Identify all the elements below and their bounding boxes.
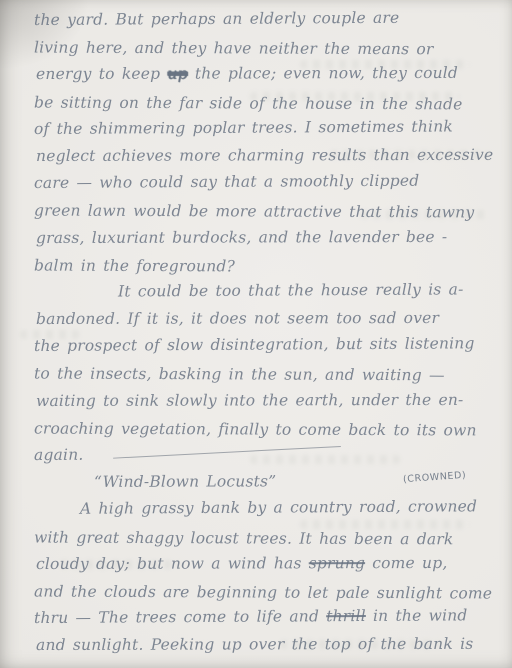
manuscript-line: of the shimmering poplar trees. I someti… [34,113,494,143]
handwritten-text: It could be too that the house really is… [118,280,464,300]
handwritten-text: and the clouds are beginning to let pale… [34,582,492,602]
manuscript-line: cloudy day; but now a wind has sprung co… [36,550,496,578]
handwritten-text: be sitting on the far side of the house … [34,93,463,113]
manuscript-line: with great shaggy locust trees. It has b… [34,524,494,553]
manuscript-page: the yard. But perhaps an elderly couple … [0,0,512,668]
manuscript-line: thru — The trees come to life and thrill… [34,602,494,632]
handwritten-text: and sunlight. Peeking up over the top of… [36,635,473,654]
handwritten-text: green lawn would be more attractive that… [34,202,474,222]
manuscript-line: the prospect of slow disintegration, but… [34,330,494,360]
handwritten-text: bandoned. If it is, it does not seem too… [36,309,439,328]
handwritten-text: neglect achieves more charming results t… [36,146,493,165]
manuscript-line: waiting to sink slowly into the earth, u… [36,386,496,414]
handwritten-text: croaching vegetation, finally to come ba… [34,419,477,439]
section-title: “Wind-Blown Locusts” [94,473,276,491]
struck-out-word: thrill [326,607,366,625]
handwritten-text: the prospect of slow disintegration, but… [34,335,475,356]
handwritten-text: cloudy day; but now a wind has [36,554,309,573]
manuscript-line: green lawn would be more attractive that… [34,198,494,227]
handwritten-text: come up, [365,554,447,572]
manuscript-line: neglect achieves more charming results t… [36,142,496,170]
handwritten-text: care — who could say that a smoothly cli… [34,172,419,192]
manuscript-line: A high grassy bank by a country road, cr… [34,494,494,524]
manuscript-line: to the insects, basking in the sun, and … [34,361,494,390]
handwritten-text: A high grassy bank by a country road, cr… [80,498,477,518]
manuscript-line: again. [34,439,494,469]
manuscript-line: and sunlight. Peeking up over the top of… [36,631,496,659]
manuscript-line: care — who could say that a smoothly cli… [34,167,494,197]
handwritten-text: of the shimmering poplar trees. I someti… [34,117,453,138]
handwritten-text: the place; even now, they could [188,64,458,83]
struck-out-word: up [167,65,187,83]
handwritten-text: with great shaggy locust trees. It has b… [34,528,454,548]
manuscript-line: It could be too that the house really is… [34,276,494,306]
handwritten-text: grass, luxuriant burdocks, and the laven… [36,227,447,246]
handwritten-text: in the wind [366,606,468,625]
handwritten-text: waiting to sink slowly into the earth, u… [36,391,464,410]
handwritten-text-block: the yard. But perhaps an elderly couple … [34,7,494,660]
struck-out-word: sprung [309,554,365,572]
handwritten-text: energy to keep [36,65,167,83]
handwritten-text: to the insects, basking in the sun, and … [34,365,445,385]
section-divider-line [114,446,342,459]
handwritten-text: again. [34,446,84,464]
manuscript-line: the yard. But perhaps an elderly couple … [34,4,494,34]
handwritten-text: living here, and they have neither the m… [34,39,434,59]
handwritten-text: the yard. But perhaps an elderly couple … [34,9,399,29]
manuscript-line: energy to keep up the place; even now, t… [36,60,496,88]
manuscript-line: bandoned. If it is, it does not seem too… [36,305,496,333]
handwritten-text: thru — The trees come to life and [34,607,326,627]
handwritten-text: balm in the foreground? [34,256,235,275]
manuscript-line: grass, luxuriant burdocks, and the laven… [36,223,496,251]
